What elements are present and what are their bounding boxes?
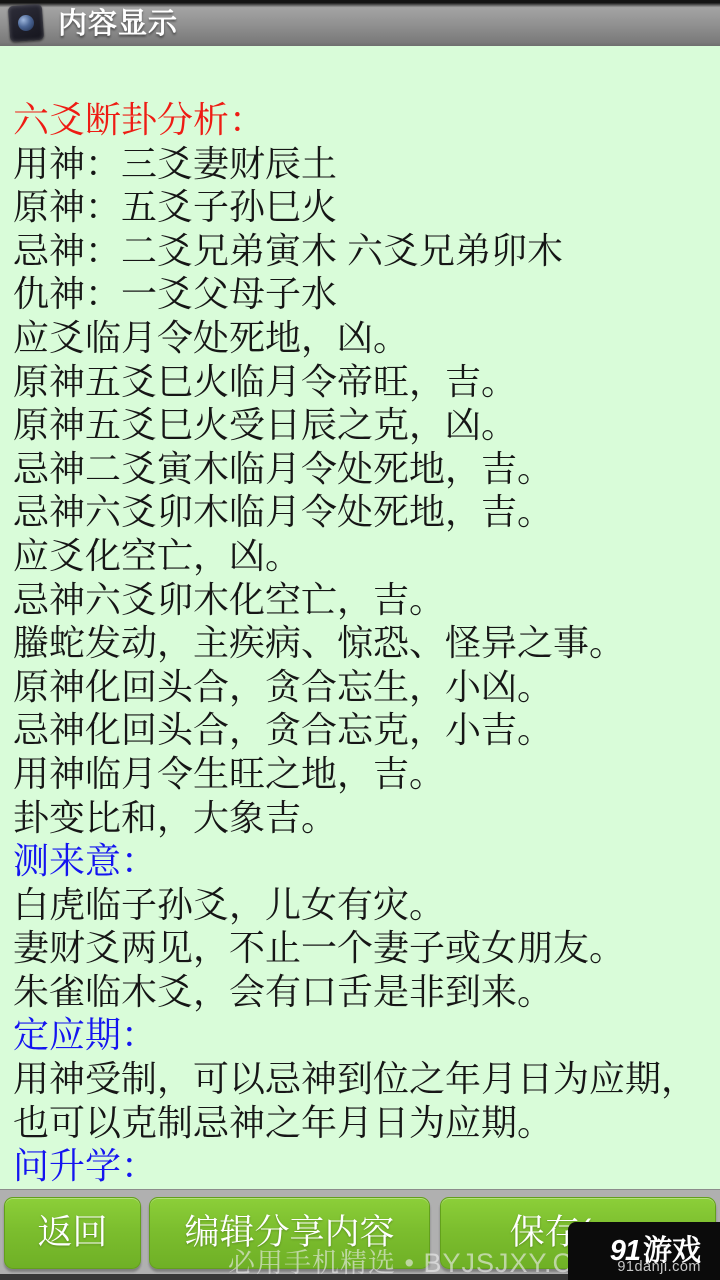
content-line: 定应期： (13, 1013, 720, 1057)
back-button[interactable]: 返回 (4, 1197, 141, 1269)
content-line: 忌神：二爻兄弟寅木 六爻兄弟卯木 (13, 229, 720, 273)
analysis-content-area[interactable]: 六爻断卦分析：用神：三爻妻财辰土原神：五爻子孙巳火忌神：二爻兄弟寅木 六爻兄弟卯… (0, 46, 720, 1190)
analysis-text-lines: 六爻断卦分析：用神：三爻妻财辰土原神：五爻子孙巳火忌神：二爻兄弟寅木 六爻兄弟卯… (13, 98, 720, 1188)
content-line: 问升学： (13, 1144, 720, 1188)
content-line: 用神临月令生旺之地，吉。 (13, 752, 720, 796)
content-line: 原神化回头合，贪合忘生，小凶。 (13, 665, 720, 709)
content-line: 忌神六爻卯木化空亡，吉。 (13, 578, 720, 622)
91danji-url: 91danji.com (617, 1259, 701, 1275)
title-bar: 内容显示 (0, 0, 720, 46)
content-line: 用神受制，可以忌神到位之年月日为应期， (13, 1057, 720, 1101)
content-line: 忌神二爻寅木临月令处死地，吉。 (13, 447, 720, 491)
91danji-badge: 91游戏 91danji.com (568, 1222, 720, 1280)
content-line: 妻财爻两见，不止一个妻子或女朋友。 (13, 926, 720, 970)
content-line: 卦变比和，大象吉。 (13, 796, 720, 840)
content-line: 应爻临月令处死地，凶。 (13, 316, 720, 360)
content-line: 仇神：一爻父母子水 (13, 272, 720, 316)
content-line: 螣蛇发动，主疾病、惊恐、怪异之事。 (13, 621, 720, 665)
content-line: 原神五爻巳火临月令帝旺，吉。 (13, 360, 720, 404)
content-line: 应爻化空亡，凶。 (13, 534, 720, 578)
content-line: 白虎临子孙爻，儿女有灾。 (13, 883, 720, 927)
content-line: 原神五爻巳火受日辰之克，凶。 (13, 403, 720, 447)
content-line: 朱雀临木爻，会有口舌是非到来。 (13, 970, 720, 1014)
luopan-app-icon (8, 4, 44, 42)
content-line: 忌神化回头合，贪合忘克，小吉。 (13, 708, 720, 752)
content-line: 忌神六爻卯木临月令处死地，吉。 (13, 490, 720, 534)
content-line: 原神：五爻子孙巳火 (13, 185, 720, 229)
page-title: 内容显示 (58, 0, 178, 46)
edit-share-content-button[interactable]: 编辑分享内容 (149, 1197, 430, 1269)
content-line: 六爻断卦分析： (13, 98, 720, 142)
content-line: 测来意： (13, 839, 720, 883)
content-line: 用神：三爻妻财辰土 (13, 142, 720, 186)
content-line: 也可以克制忌神之年月日为应期。 (13, 1101, 720, 1145)
